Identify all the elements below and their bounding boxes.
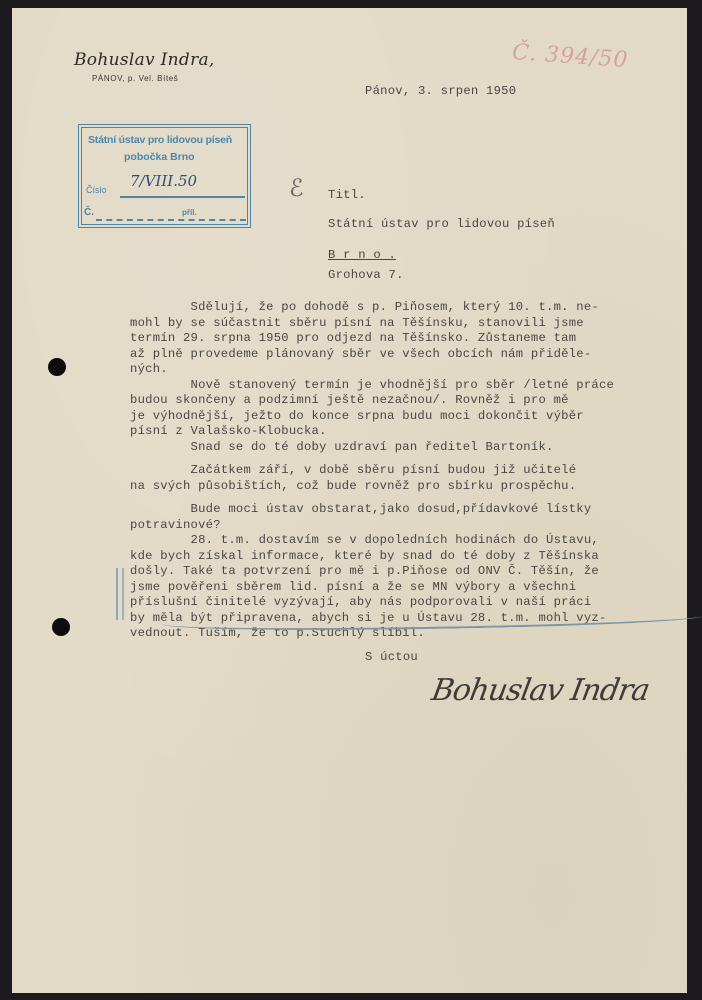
body-line: Snad se do té doby uzdraví pan ředitel B… [130,440,614,456]
stamp-number-label: Číslo [86,185,107,195]
stamp-attachment-label: příl. [182,208,197,217]
body-line: ných. [130,362,614,378]
closing: S úctou [365,650,418,666]
date-line: Pánov, 3. srpen 1950 [365,84,516,100]
recipient-salutation: Titl. [328,188,366,204]
body-line: až plně provedeme plánovaný sběr ve všec… [130,347,614,363]
letter-page: Bohuslav Indra, PÁNOV, p. Vel. Bíteš Č. … [12,8,687,993]
stamp-received-date: 7/VIII.50 [130,172,197,190]
body-line: Začátkem září, v době sběru písní budou … [130,463,614,479]
received-stamp: Státní ústav pro lidovou píseň pobočka B… [78,124,251,228]
body-line: potravinové? [130,518,614,534]
letterhead-address: PÁNOV, p. Vel. Bíteš [92,74,178,83]
signature: Bohuslav Indra [429,673,652,708]
handwritten-mark: ℰ [289,174,304,202]
body-line: písní z Valašsko-Klobucka. [130,424,614,440]
body-line: Bude moci ústav obstarat,jako dosud,příd… [130,502,614,518]
stamp-number-line [120,196,245,198]
body-line: mohl by se súčastnit sběru písní na Těší… [130,316,614,332]
stamp-c-line [96,219,246,221]
body-line: Nově stanovený termín je vhodnější pro s… [130,378,614,394]
stamp-c-label: Č. [84,207,94,218]
body-line: došly. Také ta potvrzení pro mě i p.Piňo… [130,564,614,580]
stamp-branch: pobočka Brno [124,151,195,163]
body-line: Sdělují, že po dohodě s p. Piňosem, kter… [130,300,614,316]
punch-hole [52,618,70,636]
letter-body: Sdělují, že po dohodě s p. Piňosem, kter… [130,300,614,642]
body-line: na svých působištích, což bude rovněž pr… [130,479,614,495]
reference-number: Č. 394/50 [511,40,629,73]
stamp-institution: Státní ústav pro lidovou píseň [88,134,232,146]
body-line [130,494,614,502]
margin-highlight-mark [116,568,124,620]
body-line: kde bych získal informace, které by snad… [130,549,614,565]
body-line: 28. t.m. dostavím se v dopoledních hodin… [130,533,614,549]
recipient-city: B r n o . [328,248,396,264]
body-line: termín 29. srpna 1950 pro odjezd na Těší… [130,331,614,347]
body-line: budou skončeny a podzimní ještě nezačnou… [130,393,614,409]
recipient-street: Grohova 7. [328,268,404,284]
body-line: jsme pověřeni sběrem lid. písní a že se … [130,580,614,596]
letterhead-name: Bohuslav Indra, [74,50,215,70]
body-line [130,455,614,463]
body-line: je výhodnější, ježto do konce srpna budu… [130,409,614,425]
recipient-institution: Státní ústav pro lidovou píseň [328,217,555,233]
punch-hole [48,358,66,376]
